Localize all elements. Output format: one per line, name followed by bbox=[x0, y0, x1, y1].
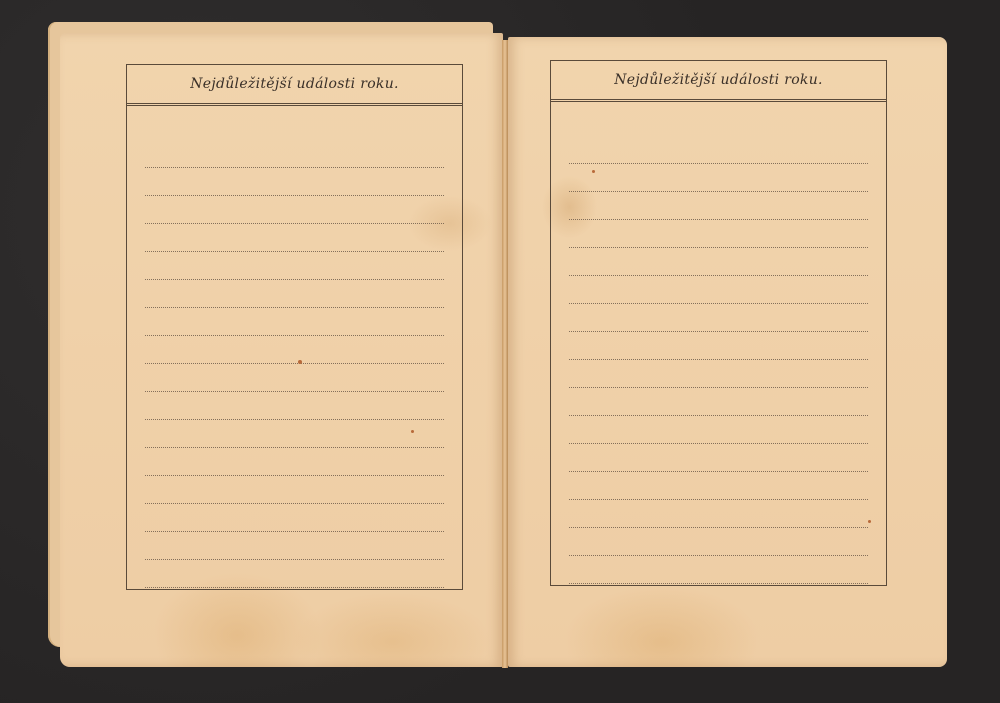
ruled-line bbox=[145, 196, 444, 224]
ruled-line bbox=[145, 336, 444, 364]
ruled-line bbox=[569, 304, 868, 332]
ruled-line bbox=[145, 476, 444, 504]
ruled-line bbox=[145, 308, 444, 336]
ruled-line bbox=[145, 140, 444, 168]
stain-spot bbox=[592, 170, 595, 173]
ruled-line bbox=[145, 252, 444, 280]
stain-spot bbox=[868, 520, 871, 523]
ruled-line bbox=[145, 560, 444, 588]
right-page-header: Nejdůležitější události roku. bbox=[551, 61, 886, 102]
ruled-line bbox=[569, 500, 868, 528]
ruled-line bbox=[569, 360, 868, 388]
ruled-line bbox=[569, 164, 868, 192]
ruled-line bbox=[569, 416, 868, 444]
ruled-line bbox=[145, 224, 444, 252]
ruled-line bbox=[569, 444, 868, 472]
right-page-header-text: Nejdůležitější události roku. bbox=[614, 72, 823, 88]
ruled-line bbox=[145, 364, 444, 392]
left-page-header: Nejdůležitější události roku. bbox=[127, 65, 462, 106]
ruled-line bbox=[145, 532, 444, 560]
ruled-line bbox=[569, 220, 868, 248]
right-page-frame: Nejdůležitější události roku. bbox=[550, 60, 887, 586]
stain-spot bbox=[411, 430, 414, 433]
book-spine bbox=[502, 40, 508, 668]
ruled-line bbox=[145, 504, 444, 532]
ruled-line bbox=[569, 556, 868, 584]
ruled-line bbox=[145, 168, 444, 196]
ruled-line bbox=[569, 332, 868, 360]
ruled-line bbox=[569, 276, 868, 304]
ruled-line bbox=[569, 248, 868, 276]
ruled-line bbox=[569, 192, 868, 220]
left-page-ruled-lines bbox=[145, 140, 444, 588]
ruled-line bbox=[569, 388, 868, 416]
ruled-line bbox=[145, 420, 444, 448]
left-page-header-text: Nejdůležitější události roku. bbox=[190, 76, 399, 92]
open-booklet: Nejdůležitější události roku. Nejdůležit… bbox=[0, 0, 1000, 703]
ruled-line bbox=[145, 392, 444, 420]
ruled-line bbox=[569, 136, 868, 164]
ruled-line bbox=[145, 280, 444, 308]
right-page-ruled-lines bbox=[569, 136, 868, 584]
left-page-frame: Nejdůležitější události roku. bbox=[126, 64, 463, 590]
ruled-line bbox=[145, 448, 444, 476]
ruled-line bbox=[569, 472, 868, 500]
ruled-line bbox=[569, 528, 868, 556]
stain-spot bbox=[298, 360, 302, 364]
